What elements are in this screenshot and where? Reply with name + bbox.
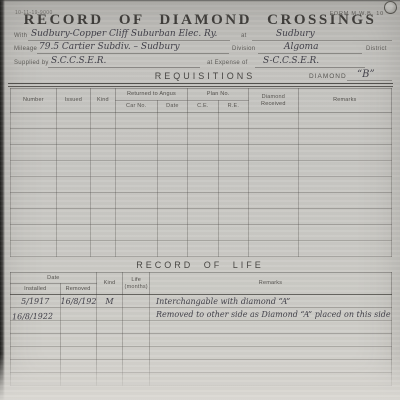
division-label: Division [232, 46, 255, 52]
col-header-ce: C.E. [188, 101, 218, 113]
record-row: 16/8/1922 Removed to other side as Diamo… [11, 308, 392, 321]
col-header-date-group: Date [11, 273, 97, 284]
col-header-life-months: Life (months) [123, 273, 150, 295]
col-header-car-no: Car No. [115, 101, 157, 113]
mileage-value: 79.5 Cartier Subdiv. – Sudbury [39, 42, 180, 52]
life-value [123, 308, 150, 321]
requisitions-title: REQUISITIONS [130, 71, 280, 81]
with-value: Sudbury-Copper Cliff Suburban Elec. Ry. [31, 29, 217, 39]
document-page: 10-11-19-9000 FORM M.W.B. 10 RECORD OF D… [0, 0, 400, 400]
remarks-value: Removed to other side as Diamond “A” pla… [150, 308, 392, 321]
division-underline [258, 53, 362, 54]
col-header-remarks: Remarks [150, 273, 392, 295]
empty-row [11, 373, 392, 386]
removed-value [60, 308, 96, 321]
installed-value: 5/1917 [11, 295, 61, 308]
empty-row [11, 129, 392, 145]
division-value: Algoma [284, 42, 318, 52]
empty-row [11, 225, 392, 241]
supplied-by-value: S.C.C.S.E.R. [51, 56, 106, 66]
col-header-issued: Issued [56, 89, 90, 113]
empty-row [11, 241, 392, 257]
empty-row [11, 193, 392, 209]
col-header-re: R.E. [218, 101, 248, 113]
col-header-number: Number [11, 89, 57, 113]
remarks-value: Interchangable with diamond “A” [150, 295, 392, 308]
col-header-returned-to-angus: Returned to Angus [115, 89, 187, 101]
record-row: 5/1917 16/8/1922 M Interchangable with d… [11, 295, 392, 308]
expense-value: S-C.C.S.E.R. [263, 56, 319, 66]
diamond-label: DIAMOND [309, 73, 347, 80]
at-value: Sudbury [276, 29, 315, 39]
at-label: at [241, 33, 247, 39]
col-header-diamond-received: Diamond Received [249, 89, 299, 113]
expense-underline [255, 67, 365, 68]
record-of-life-table: Date Kind Life (months) Remarks Installe… [10, 272, 392, 386]
supplied-by-underline [48, 67, 200, 68]
record-of-life-title: RECORD OF LIFE [0, 260, 400, 270]
empty-row [11, 360, 392, 373]
diamond-value: “B” [357, 69, 375, 80]
col-header-installed: Installed [11, 284, 61, 295]
removed-value: 16/8/1922 [60, 295, 96, 308]
requisitions-body [11, 113, 392, 257]
col-header-date: Date [157, 101, 187, 113]
at-underline [252, 40, 392, 41]
col-header-remarks: Remarks [298, 89, 391, 113]
empty-row [11, 145, 392, 161]
with-underline [28, 40, 230, 41]
requisitions-table: Number Issued Kind Returned to Angus Pla… [10, 88, 392, 257]
supplied-by-label: Supplied by [14, 60, 49, 66]
mileage-underline [37, 53, 229, 54]
page-title: RECORD OF DIAMOND CROSSINGS [0, 12, 400, 29]
empty-row [11, 209, 392, 225]
diamond-underline [347, 80, 392, 81]
expense-label: at Expense of [207, 60, 248, 66]
district-label: District [366, 46, 387, 52]
empty-row [11, 113, 392, 129]
life-value [123, 295, 150, 308]
empty-row [11, 334, 392, 347]
scan-edge-top [0, 0, 400, 2]
kind-value [96, 308, 123, 321]
col-header-removed: Removed [60, 284, 96, 295]
record-of-life-body: 5/1917 16/8/1922 M Interchangable with d… [11, 295, 392, 321]
mileage-label: Mileage [14, 46, 37, 52]
scan-edge-left [0, 0, 5, 400]
col-header-kind: Kind [96, 273, 123, 295]
col-header-kind: Kind [91, 89, 116, 113]
empty-row [11, 321, 392, 334]
empty-row [11, 177, 392, 193]
record-of-life-empty-rows [11, 321, 392, 386]
with-label: With [14, 33, 27, 39]
section-divider [8, 83, 393, 87]
kind-value: M [96, 295, 123, 308]
empty-row [11, 347, 392, 360]
empty-row [11, 161, 392, 177]
installed-value: 16/8/1922 [11, 308, 61, 321]
col-header-plan-no: Plan No. [188, 89, 249, 101]
